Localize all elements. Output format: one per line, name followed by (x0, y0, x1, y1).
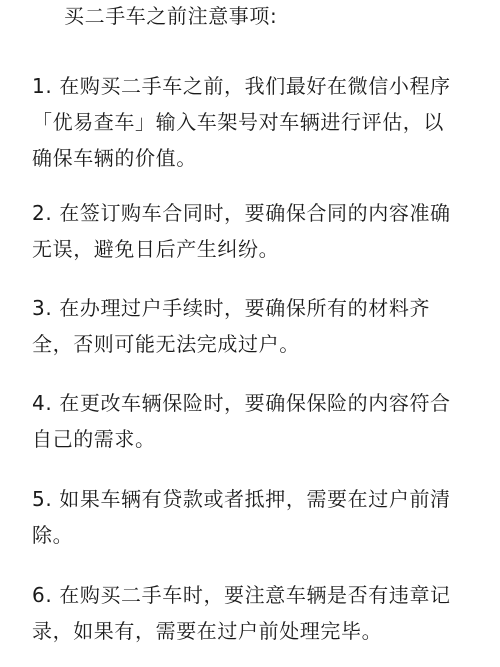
list-item-3: 3. 在办理过户手续时，要确保所有的材料齐 全，否则可能无法完成过户。 (32, 290, 472, 362)
list-item-line: 全，否则可能无法完成过户。 (32, 326, 472, 362)
list-item-line: 6. 在购买二手车时，要注意车辆是否有违章记 (32, 577, 472, 613)
list-item-line: 2. 在签订购车合同时，要确保合同的内容准确 (32, 195, 472, 231)
list-item-line: 无误，避免日后产生纠纷。 (32, 231, 472, 267)
list-item-5: 5. 如果车辆有贷款或者抵押，需要在过户前清 除。 (32, 481, 472, 553)
list-item-line: 录，如果有，需要在过户前处理完毕。 (32, 613, 472, 649)
list-item-line: 自己的需求。 (32, 421, 472, 457)
list-item-line: 3. 在办理过户手续时，要确保所有的材料齐 (32, 290, 472, 326)
list-item-2: 2. 在签订购车合同时，要确保合同的内容准确 无误，避免日后产生纠纷。 (32, 195, 472, 267)
list-item-line: 4. 在更改车辆保险时，要确保保险的内容符合 (32, 385, 472, 421)
list-item-line: 5. 如果车辆有贷款或者抵押，需要在过户前清 (32, 481, 472, 517)
list-item-1: 1. 在购买二手车之前，我们最好在微信小程序 「优易查车」输入车架号对车辆进行评… (32, 68, 472, 176)
list-item-6: 6. 在购买二手车时，要注意车辆是否有违章记 录，如果有，需要在过户前处理完毕。 (32, 577, 472, 649)
list-item-line: 确保车辆的价值。 (32, 140, 472, 176)
document-title: 买二手车之前注意事项: (64, 2, 277, 30)
list-item-line: 1. 在购买二手车之前，我们最好在微信小程序 (32, 68, 472, 104)
list-item-line: 除。 (32, 517, 472, 553)
list-item-line: 「优易查车」输入车架号对车辆进行评估，以 (32, 104, 472, 140)
document-page: 买二手车之前注意事项: 1. 在购买二手车之前，我们最好在微信小程序 「优易查车… (0, 0, 500, 667)
list-item-4: 4. 在更改车辆保险时，要确保保险的内容符合 自己的需求。 (32, 385, 472, 457)
